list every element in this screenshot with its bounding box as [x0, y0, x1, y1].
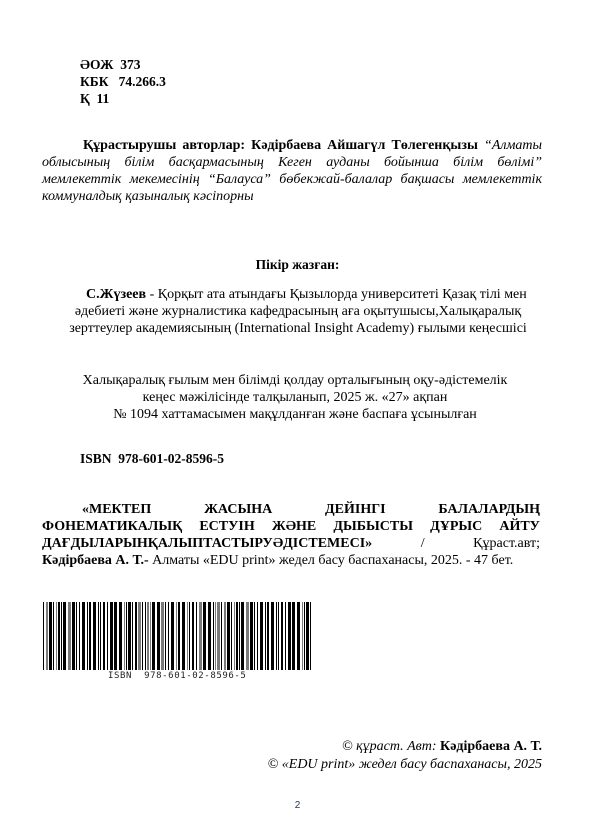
lbc-code: КБК 74.266.3 [80, 73, 166, 90]
title-word: «МЕКТЕП [82, 501, 151, 518]
page-number: 2 [0, 800, 595, 811]
reviewer-paragraph: С.Жүзеев - Қорқыт ата атындағы Қызылорда… [48, 286, 548, 337]
title-word: ДЕЙІНГІ [325, 501, 386, 518]
publisher-info: Алматы «EDU print» жедел басу баспаханас… [149, 553, 514, 568]
copyright-author: Кәдірбаева А. Т. [440, 739, 542, 754]
reviewer-line-3: зерттеулер академиясының (International … [48, 320, 548, 337]
approval-note: Халықаралық ғылым мен білімді қолдау орт… [60, 372, 530, 423]
title-word: ДҰРЫС [430, 518, 482, 535]
title-word: ӘДІСТЕМЕСІ» [273, 535, 372, 552]
title-word: ЖӘНЕ [272, 518, 316, 535]
classification-codes: ӘОЖ 373 КБК 74.266.3 Қ 11 [80, 56, 166, 107]
approval-line-1: Халықаралық ғылым мен білімді қолдау орт… [60, 372, 530, 389]
copyright-line-1: © құраст. Авт: Кәдірбаева А. Т. [268, 738, 542, 756]
imprint-author: Кәдірбаева А. Т.- [42, 553, 149, 568]
title-word: ЕСТУІН [199, 518, 254, 535]
approval-line-2: кеңес мәжілісінде талқыланып, 2025 ж. «2… [60, 389, 530, 406]
title-word: БАЛАЛАРДЫҢ [438, 501, 540, 518]
title-line-3-words: ДАҒДЫЛАРЫНҚАЛЫПТАСТЫРУӘДІСТЕМЕСІ» [42, 535, 372, 552]
title-word: АЙТУ [499, 518, 540, 535]
authors-label: Құрастырушы авторлар: Кәдірбаева Айшагүл… [83, 138, 478, 153]
reviewer-line-2: әдебиеті және журналистика кафедрасының … [48, 303, 548, 320]
barcode-caption: ISBN 978-601-02-8596-5 [108, 671, 246, 681]
authors-paragraph: Құрастырушы авторлар: Кәдірбаева Айшагүл… [42, 137, 542, 205]
imprint-line: Кәдірбаева А. Т.- Алматы «EDU print» жед… [42, 552, 540, 569]
title-word: ҚАЛЫПТАСТЫРУ [148, 535, 273, 552]
reviewer-name: С.Жүзеев [86, 287, 146, 302]
slash: / [421, 535, 425, 552]
reviewer-separator: - [146, 287, 158, 302]
udc-code: ӘОЖ 373 [80, 56, 166, 73]
title-word: ДЫБЫСТЫ [333, 518, 413, 535]
copyright-block: © құраст. Авт: Кәдірбаева А. Т. © «EDU p… [268, 738, 542, 774]
title-line-3: ДАҒДЫЛАРЫНҚАЛЫПТАСТЫРУӘДІСТЕМЕСІ» / Құра… [42, 535, 540, 552]
copyright-prefix: © құраст. Авт: [342, 739, 440, 754]
reviewer-line-1: С.Жүзеев - Қорқыт ата атындағы Қызылорда… [48, 286, 548, 303]
bibliographic-description: «МЕКТЕПЖАСЫНАДЕЙІНГІБАЛАЛАРДЫҢ ФОНЕМАТИК… [42, 501, 540, 569]
author-mark: Қ 11 [80, 90, 166, 107]
copyright-line-2: © «EDU print» жедел басу баспаханасы, 20… [268, 756, 542, 774]
title-line-1: «МЕКТЕПЖАСЫНАДЕЙІНГІБАЛАЛАРДЫҢ [42, 501, 540, 518]
reviewer-heading: Пікір жазған: [0, 257, 595, 273]
reviewer-line1-rest: Қорқыт ата атындағы Қызылорда университе… [158, 287, 527, 302]
compiled-by: Құраст.авт; [473, 535, 540, 552]
title-word: ФОНЕМАТИКАЛЫҚ [42, 518, 182, 535]
isbn-barcode [43, 602, 313, 670]
isbn: ISBN 978-601-02-8596-5 [80, 451, 224, 467]
title-line-2: ФОНЕМАТИКАЛЫҚЕСТУІНЖӘНЕДЫБЫСТЫДҰРЫСАЙТУ [42, 518, 540, 535]
title-word: ДАҒДЫЛАРЫН [42, 535, 148, 552]
title-word: ЖАСЫНА [204, 501, 272, 518]
approval-line-3: № 1094 хаттамасымен мақұлданған және бас… [60, 406, 530, 423]
